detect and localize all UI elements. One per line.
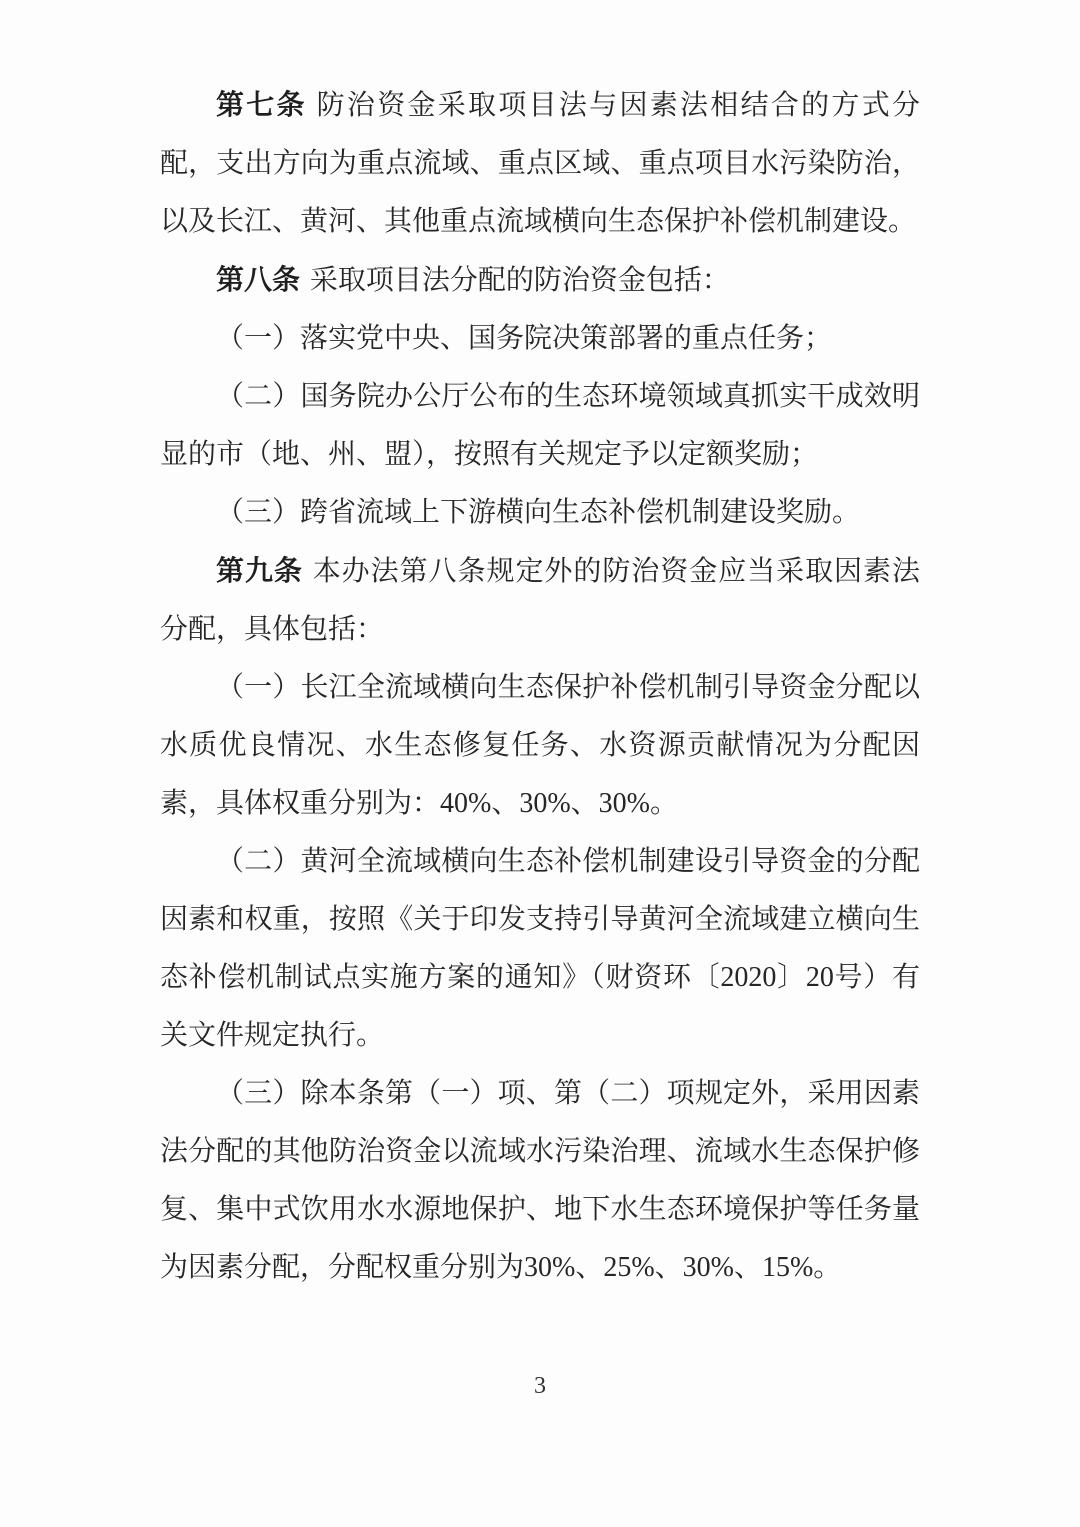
article-lead: 第九条 (216, 555, 303, 586)
page-number: 3 (0, 1371, 1080, 1401)
paragraph-article-8: 第八条采取项目法分配的防治资金包括： (160, 251, 920, 310)
paragraph-text: （三）跨省流域上下游横向生态补偿机制建设奖励。 (216, 497, 860, 528)
paragraph-article-7: 第七条防治资金采取项目法与因素法相结合的方式分配，支出方向为重点流域、重点区域、… (160, 76, 920, 251)
paragraph-article-8-item-1: （一）落实党中央、国务院决策部署的重点任务； (160, 310, 920, 368)
document-body: 第七条防治资金采取项目法与因素法相结合的方式分配，支出方向为重点流域、重点区域、… (160, 76, 920, 1297)
paragraph-article-9-item-3: （三）除本条第（一）项、第（二）项规定外，采用因素法分配的其他防治资金以流域水污… (160, 1065, 920, 1297)
article-lead: 第七条 (216, 89, 307, 120)
paragraph-article-8-item-3: （三）跨省流域上下游横向生态补偿机制建设奖励。 (160, 484, 920, 542)
article-lead: 第八条 (216, 264, 300, 295)
paragraph-text: （二）黄河全流域横向生态补偿机制建设引导资金的分配因素和权重，按照《关于印发支持… (160, 846, 920, 1051)
paragraph-text: （一）长江全流域横向生态保护补偿机制引导资金分配以水质优良情况、水生态修复任务、… (160, 672, 920, 819)
paragraph-article-9-item-1: （一）长江全流域横向生态保护补偿机制引导资金分配以水质优良情况、水生态修复任务、… (160, 659, 920, 833)
paragraph-article-9: 第九条本办法第八条规定外的防治资金应当采取因素法分配，具体包括： (160, 542, 920, 659)
document-page: 第七条防治资金采取项目法与因素法相结合的方式分配，支出方向为重点流域、重点区域、… (0, 0, 1080, 1527)
paragraph-text: （一）落实党中央、国务院决策部署的重点任务； (216, 323, 832, 354)
paragraph-text: 采取项目法分配的防治资金包括： (310, 265, 730, 296)
paragraph-article-9-item-2: （二）黄河全流域横向生态补偿机制建设引导资金的分配因素和权重，按照《关于印发支持… (160, 833, 920, 1065)
paragraph-article-8-item-2: （二）国务院办公厅公布的生态环境领域真抓实干成效明显的市（地、州、盟），按照有关… (160, 368, 920, 484)
paragraph-text: （二）国务院办公厅公布的生态环境领域真抓实干成效明显的市（地、州、盟），按照有关… (160, 381, 920, 470)
paragraph-text: （三）除本条第（一）项、第（二）项规定外，采用因素法分配的其他防治资金以流域水污… (160, 1078, 920, 1283)
